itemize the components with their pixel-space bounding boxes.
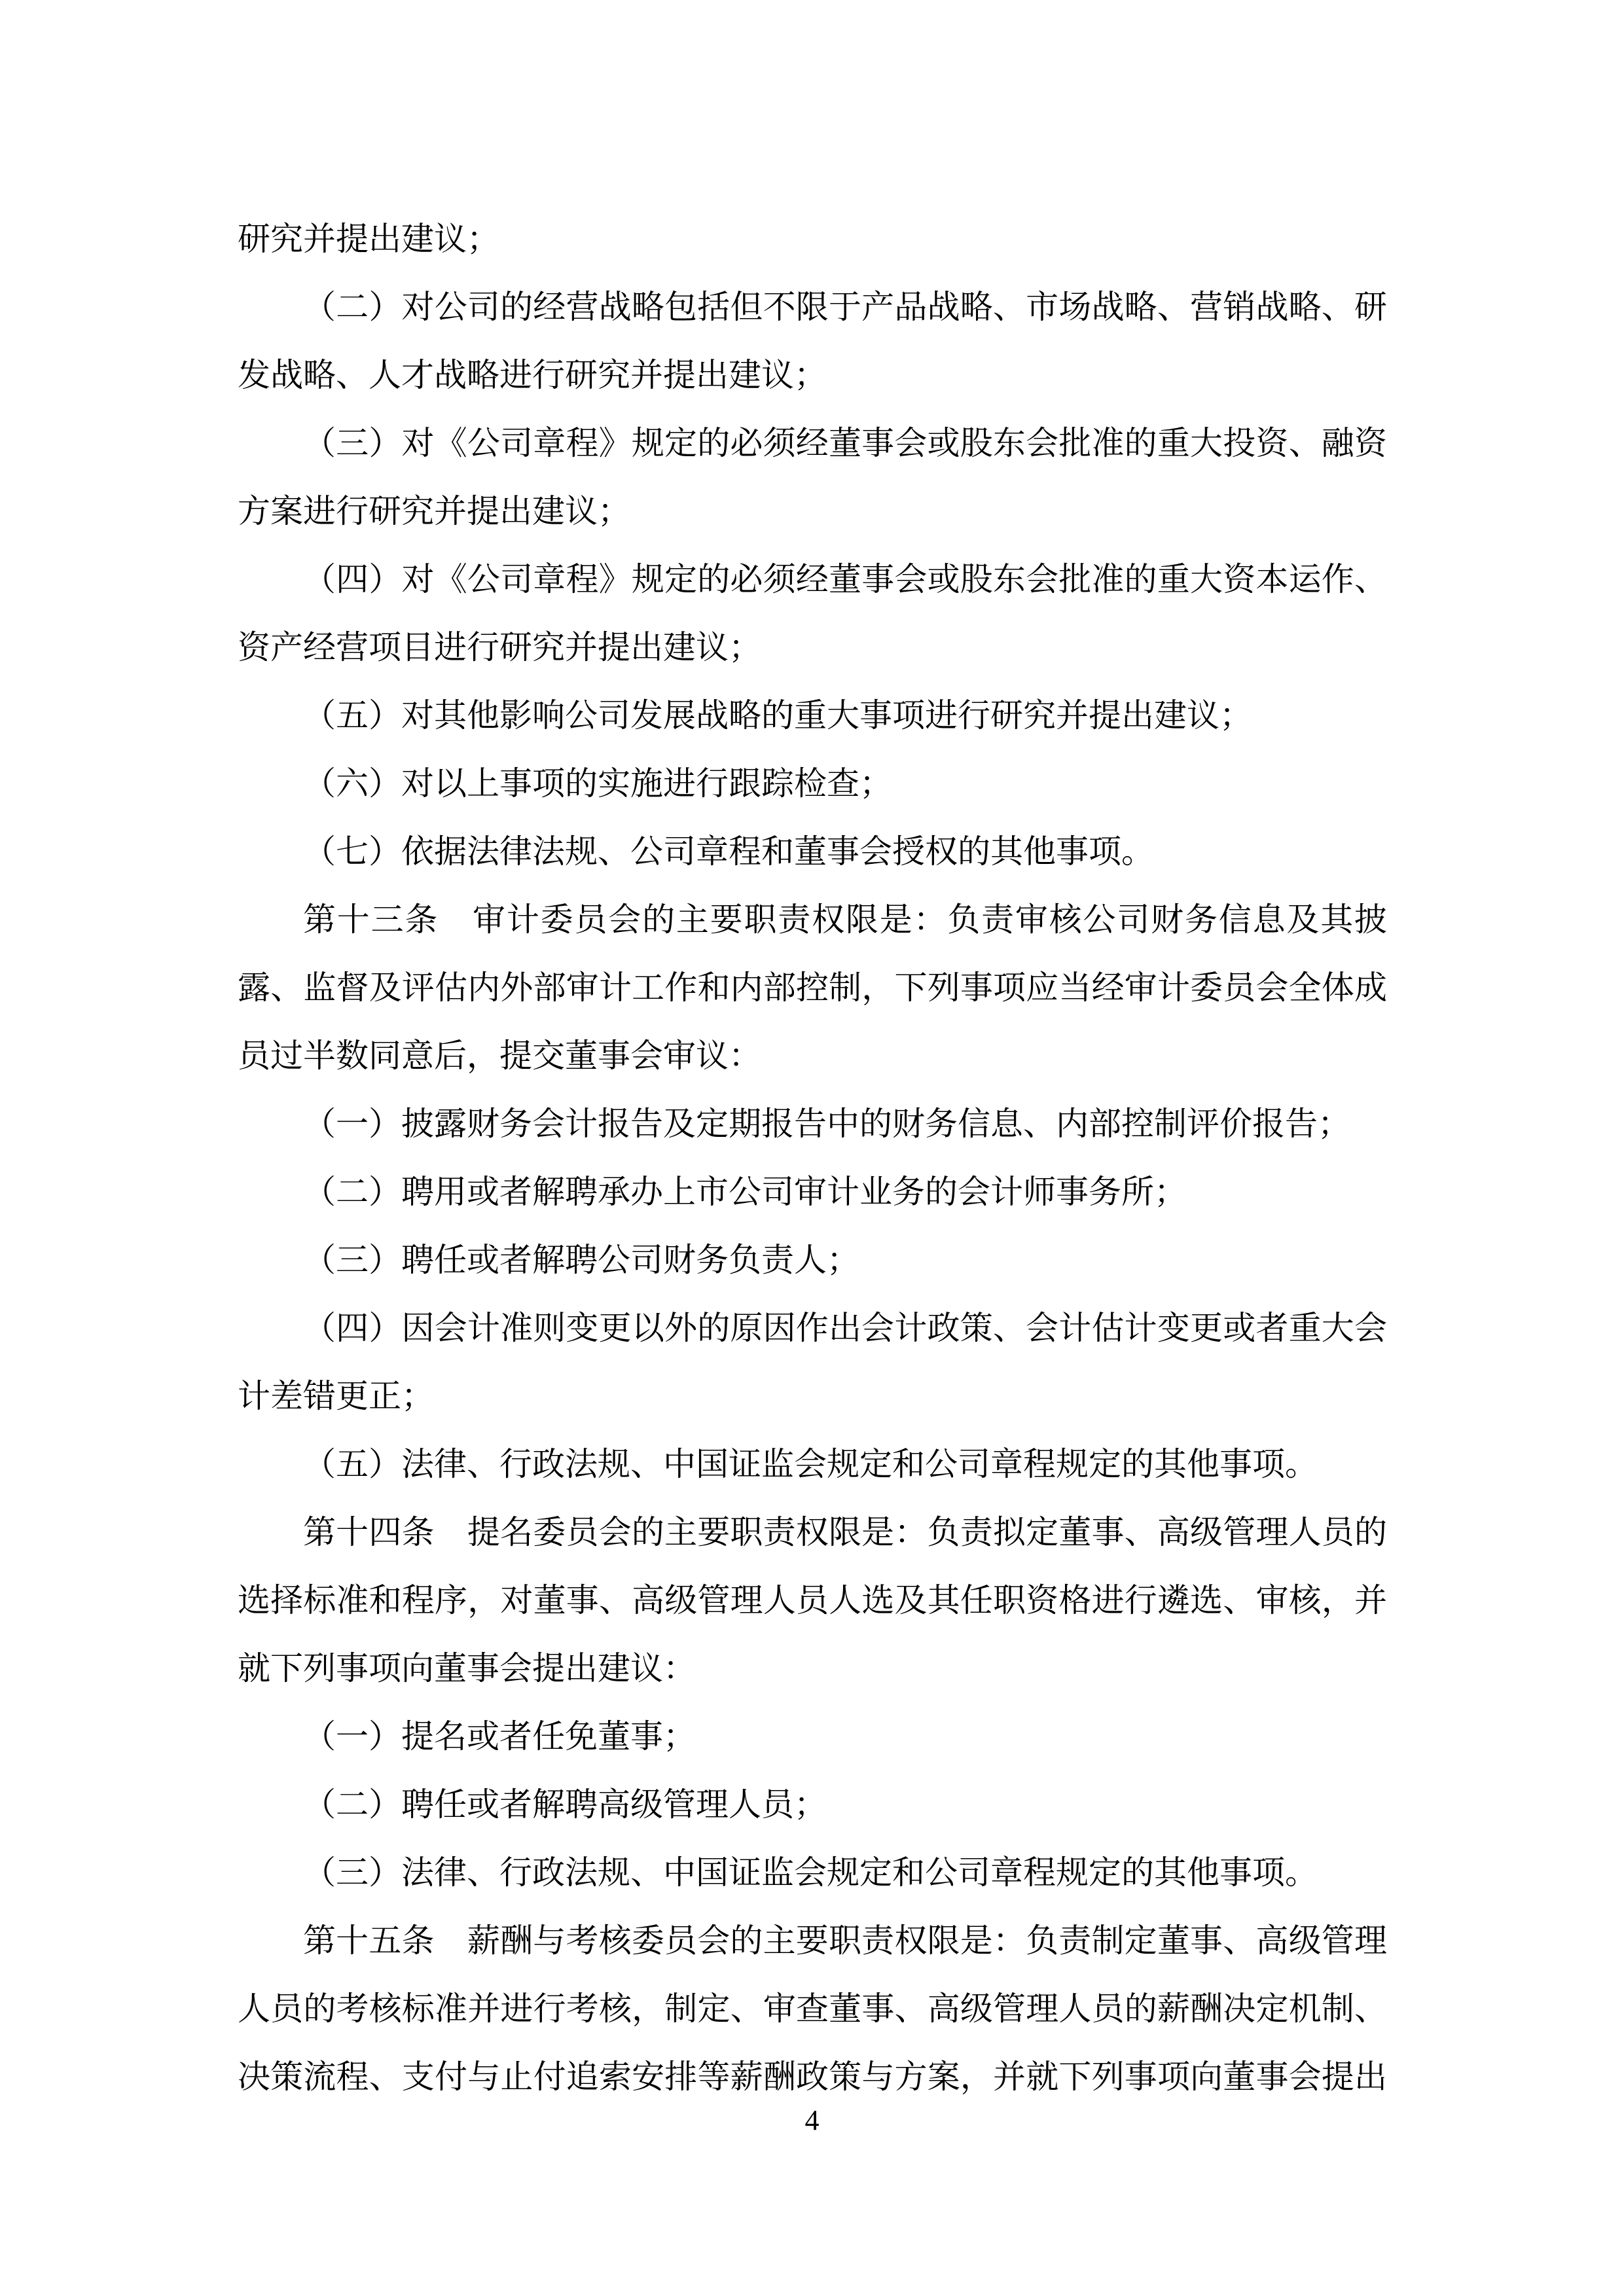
text-line: （一）披露财务会计报告及定期报告中的财务信息、内部控制评价报告； xyxy=(238,1090,1387,1158)
text-line: 研究并提出建议； xyxy=(238,205,1387,273)
text-line: 方案进行研究并提出建议； xyxy=(238,477,1387,545)
text-line: （三）聘任或者解聘公司财务负责人； xyxy=(238,1226,1387,1294)
text-line: 第十四条 提名委员会的主要职责权限是：负责拟定董事、高级管理人员的 xyxy=(238,1498,1387,1566)
text-line: （二）聘任或者解聘高级管理人员； xyxy=(238,1770,1387,1839)
text-line: 发战略、人才战略进行研究并提出建议； xyxy=(238,341,1387,409)
text-line: （四）对《公司章程》规定的必须经董事会或股东会批准的重大资本运作、 xyxy=(238,545,1387,613)
page-number: 4 xyxy=(0,2087,1624,2155)
text-line: 人员的考核标准并进行考核，制定、审查董事、高级管理人员的薪酬决定机制、 xyxy=(238,1975,1387,2043)
text-line: 第十三条 审计委员会的主要职责权限是：负责审核公司财务信息及其披 xyxy=(238,886,1387,954)
page: 研究并提出建议；（二）对公司的经营战略包括但不限于产品战略、市场战略、营销战略、… xyxy=(0,0,1624,2296)
text-line: 选择标准和程序，对董事、高级管理人员人选及其任职资格进行遴选、审核，并 xyxy=(238,1566,1387,1634)
text-line: （五）对其他影响公司发展战略的重大事项进行研究并提出建议； xyxy=(238,681,1387,749)
text-line: （三）法律、行政法规、中国证监会规定和公司章程规定的其他事项。 xyxy=(238,1839,1387,1907)
text-line: （二）聘用或者解聘承办上市公司审计业务的会计师事务所； xyxy=(238,1158,1387,1226)
text-line: （三）对《公司章程》规定的必须经董事会或股东会批准的重大投资、融资 xyxy=(238,409,1387,477)
document-body: 研究并提出建议；（二）对公司的经营战略包括但不限于产品战略、市场战略、营销战略、… xyxy=(238,205,1387,2111)
text-line: （六）对以上事项的实施进行跟踪检查； xyxy=(238,749,1387,817)
text-line: 就下列事项向董事会提出建议： xyxy=(238,1634,1387,1702)
text-line: 资产经营项目进行研究并提出建议； xyxy=(238,613,1387,681)
text-line: 第十五条 薪酬与考核委员会的主要职责权限是：负责制定董事、高级管理 xyxy=(238,1907,1387,1975)
text-line: 员过半数同意后，提交董事会审议： xyxy=(238,1022,1387,1090)
text-line: 计差错更正； xyxy=(238,1362,1387,1430)
text-line: （四）因会计准则变更以外的原因作出会计政策、会计估计变更或者重大会 xyxy=(238,1294,1387,1362)
text-line: （七）依据法律法规、公司章程和董事会授权的其他事项。 xyxy=(238,817,1387,886)
text-line: （一）提名或者任免董事； xyxy=(238,1702,1387,1770)
text-line: （五）法律、行政法规、中国证监会规定和公司章程规定的其他事项。 xyxy=(238,1430,1387,1498)
text-line: （二）对公司的经营战略包括但不限于产品战略、市场战略、营销战略、研 xyxy=(238,273,1387,341)
text-line: 露、监督及评估内外部审计工作和内部控制，下列事项应当经审计委员会全体成 xyxy=(238,954,1387,1022)
